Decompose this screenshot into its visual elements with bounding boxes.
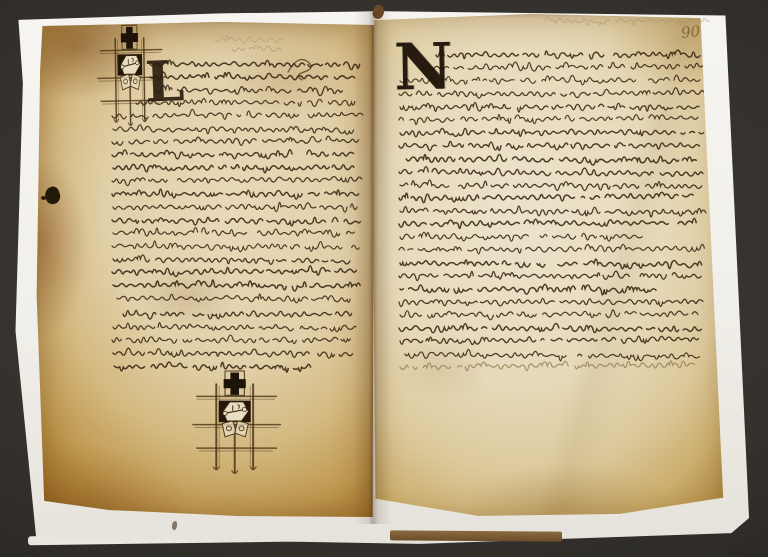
- script-line: [431, 61, 703, 72]
- ink-blot-dot: [41, 196, 46, 200]
- script-line: [400, 335, 698, 345]
- script-line: [399, 271, 701, 280]
- script-line: [112, 241, 359, 253]
- script-line: [400, 206, 706, 218]
- script-line: [113, 164, 354, 173]
- script-line: [400, 360, 695, 371]
- script-line: [113, 202, 357, 212]
- script-line: [400, 309, 698, 320]
- script-line: [400, 232, 642, 242]
- script-line: [113, 255, 350, 265]
- script-line: [399, 244, 704, 255]
- script-line: [436, 50, 700, 59]
- script-line: [113, 125, 354, 135]
- script-line: [400, 284, 656, 296]
- script-line: [215, 36, 287, 43]
- initial-letter-right: N: [393, 35, 453, 100]
- script-line: [113, 280, 360, 292]
- script-line: [113, 323, 356, 332]
- script-line: [400, 180, 702, 191]
- script-line: [113, 227, 355, 237]
- notarial-sign-bottom-icon: [193, 371, 280, 473]
- script-line: [112, 215, 360, 226]
- script-line: [399, 298, 703, 306]
- initial-letter-left: L: [144, 53, 185, 110]
- script-line: [400, 258, 702, 269]
- script-line: [123, 310, 352, 319]
- script-line: [232, 46, 290, 52]
- script-line: [399, 323, 701, 335]
- script-line: [112, 335, 350, 343]
- manuscript-photo: L N 90: [0, 0, 768, 557]
- folio-number: 90: [680, 22, 701, 42]
- script-line: [112, 176, 362, 186]
- script-overlay: [0, 0, 768, 557]
- script-line: [112, 136, 359, 146]
- script-line: [400, 128, 704, 137]
- script-line: [112, 149, 364, 160]
- script-line: [112, 189, 359, 199]
- script-line: [399, 141, 700, 151]
- script-line: [405, 349, 700, 362]
- script-line: [113, 348, 353, 358]
- script-line: [117, 293, 350, 303]
- script-line: [399, 113, 698, 124]
- script-line: [406, 154, 696, 166]
- script-line: [114, 362, 311, 373]
- script-line: [399, 191, 693, 203]
- script-line: [112, 266, 356, 278]
- script-line: [399, 166, 703, 177]
- script-line: [399, 218, 700, 228]
